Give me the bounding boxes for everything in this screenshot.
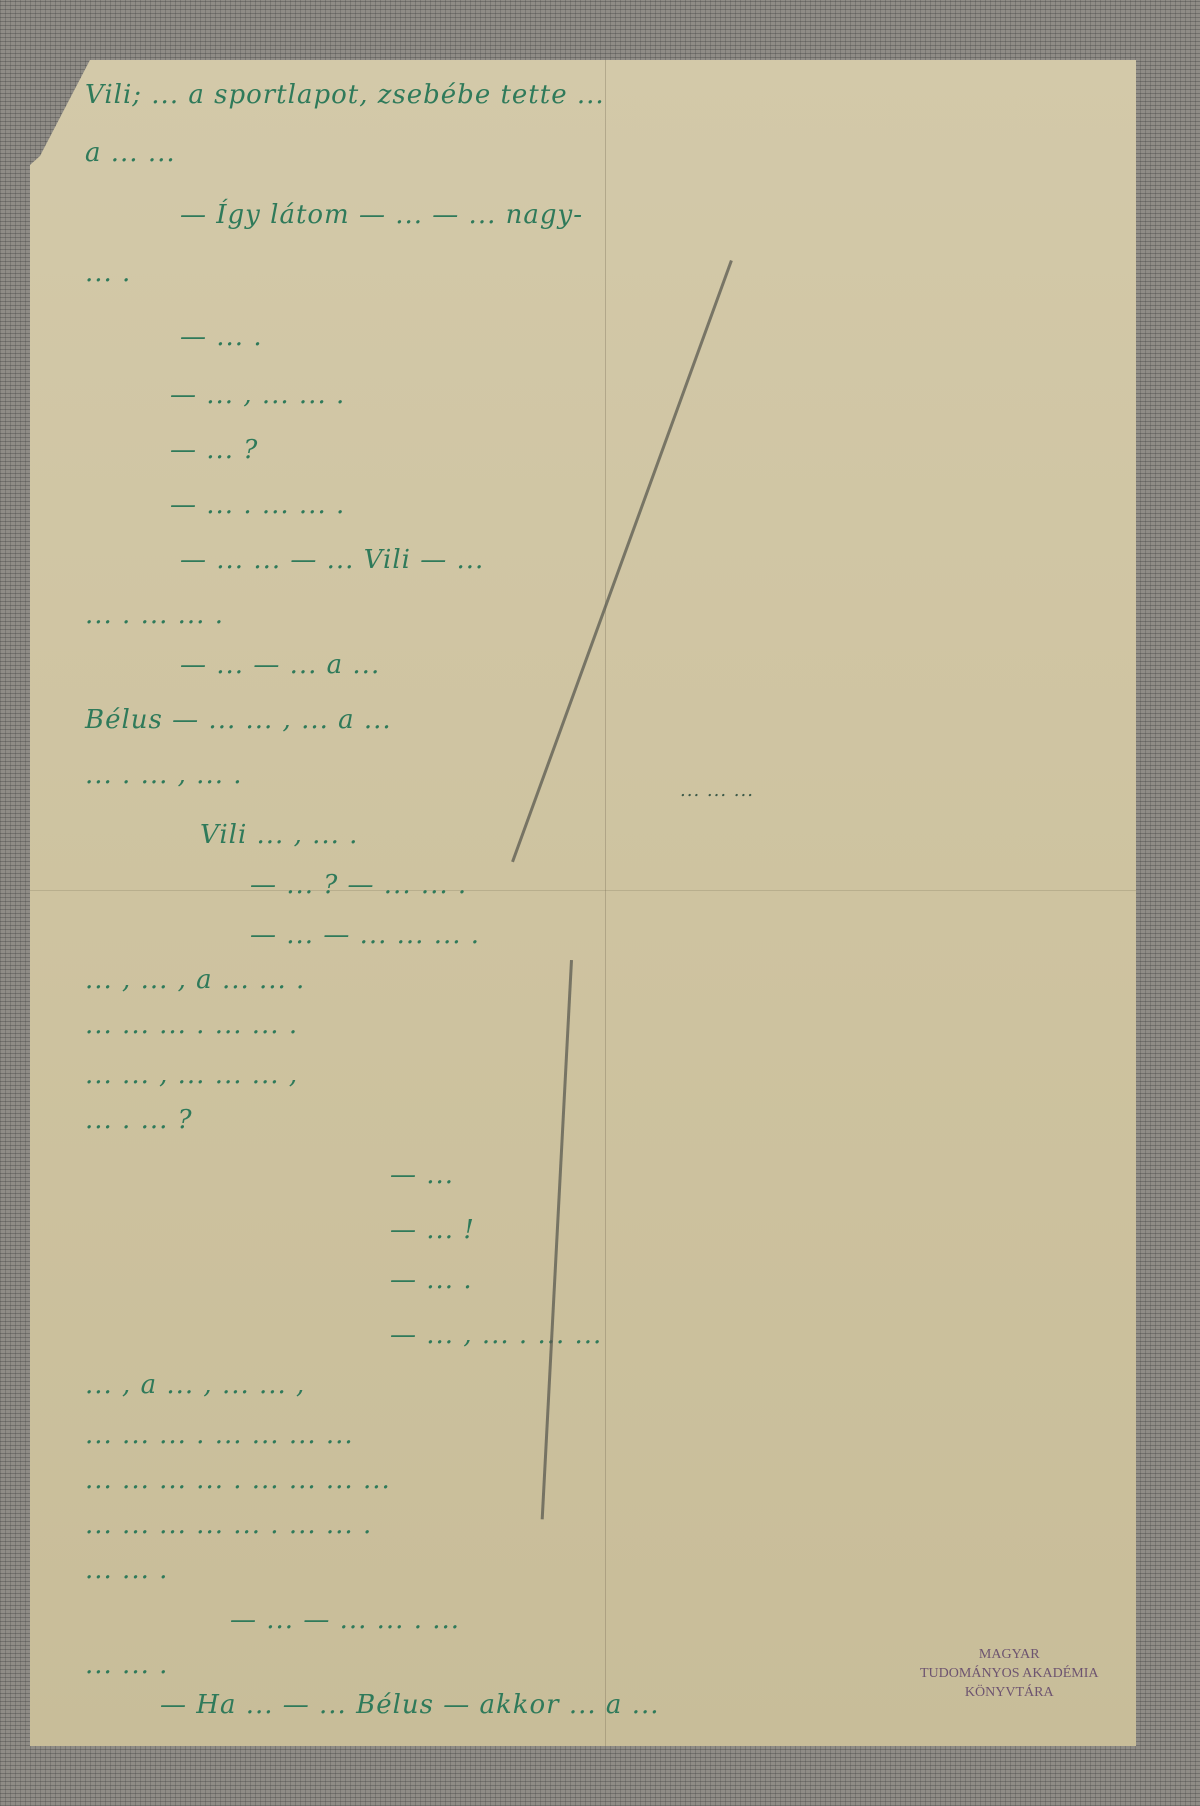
text-line: — ... ? — ... ... . xyxy=(250,870,467,900)
text-line: — ... . xyxy=(390,1265,473,1295)
text-line: ... , a ... , ... ... , xyxy=(85,1370,305,1400)
text-line: ... ... . xyxy=(85,1650,168,1680)
text-line: — ... xyxy=(390,1160,454,1190)
text-line: ... ... ... . ... ... ... ... xyxy=(85,1420,354,1450)
text-line: ... ... ... . ... ... . xyxy=(85,1010,298,1040)
stamp-line-2: TUDOMÁNYOS AKADÉMIA xyxy=(920,1664,1099,1683)
text-line: — ... ? xyxy=(170,435,258,465)
pencil-strike-upper xyxy=(511,260,733,862)
library-stamp: MAGYAR TUDOMÁNYOS AKADÉMIA KÖNYVTÁRA xyxy=(920,1645,1099,1702)
stamp-line-3: KÖNYVTÁRA xyxy=(920,1683,1099,1702)
text-line: ... , ... , a ... ... . xyxy=(85,965,305,995)
text-line: — ... , ... . ... ... xyxy=(390,1320,602,1350)
text-line: Vili; ... a sportlapot, zsebébe tette ..… xyxy=(85,80,605,110)
manuscript-page: Vili; ... a sportlapot, zsebébe tette ..… xyxy=(30,60,1136,1746)
text-line: ... . xyxy=(85,258,131,288)
text-line: — ... — ... ... ... . xyxy=(250,920,480,950)
text-line: ... ... ... ... . ... ... ... ... xyxy=(85,1465,391,1495)
text-line: — ... — ... a ... xyxy=(180,650,380,680)
text-line: Vili ... , ... . xyxy=(200,820,358,850)
horizontal-fold xyxy=(30,890,1136,891)
text-line: ... . ... , ... . xyxy=(85,760,243,790)
pencil-strike-lower xyxy=(541,960,573,1519)
marginal-note: ... ... ... xyxy=(680,780,754,801)
text-line: — Ha ... — ... Bélus — akkor ... a ... xyxy=(160,1690,660,1720)
text-line: ... ... , ... ... ... , xyxy=(85,1060,298,1090)
text-line: — ... . xyxy=(180,322,263,352)
text-line: — ... — ... ... . ... xyxy=(230,1605,460,1635)
text-line: ... ... . xyxy=(85,1555,168,1585)
text-line: ... . ... ? xyxy=(85,1105,193,1135)
text-line: — Így látom — ... — ... nagy- xyxy=(180,200,583,230)
text-line: — ... , ... ... . xyxy=(170,380,345,410)
text-line: ... . ... ... . xyxy=(85,600,224,630)
text-line: a ... ... xyxy=(85,138,176,168)
text-line: — ... ! xyxy=(390,1215,475,1245)
text-line: Bélus — ... ... , ... a ... xyxy=(85,705,392,735)
text-line: — ... ... — ... Vili — ... xyxy=(180,545,484,575)
vertical-fold xyxy=(605,60,606,1746)
stamp-line-1: MAGYAR xyxy=(920,1645,1099,1664)
text-line: — ... . ... ... . xyxy=(170,490,345,520)
text-line: ... ... ... ... ... . ... ... . xyxy=(85,1510,372,1540)
